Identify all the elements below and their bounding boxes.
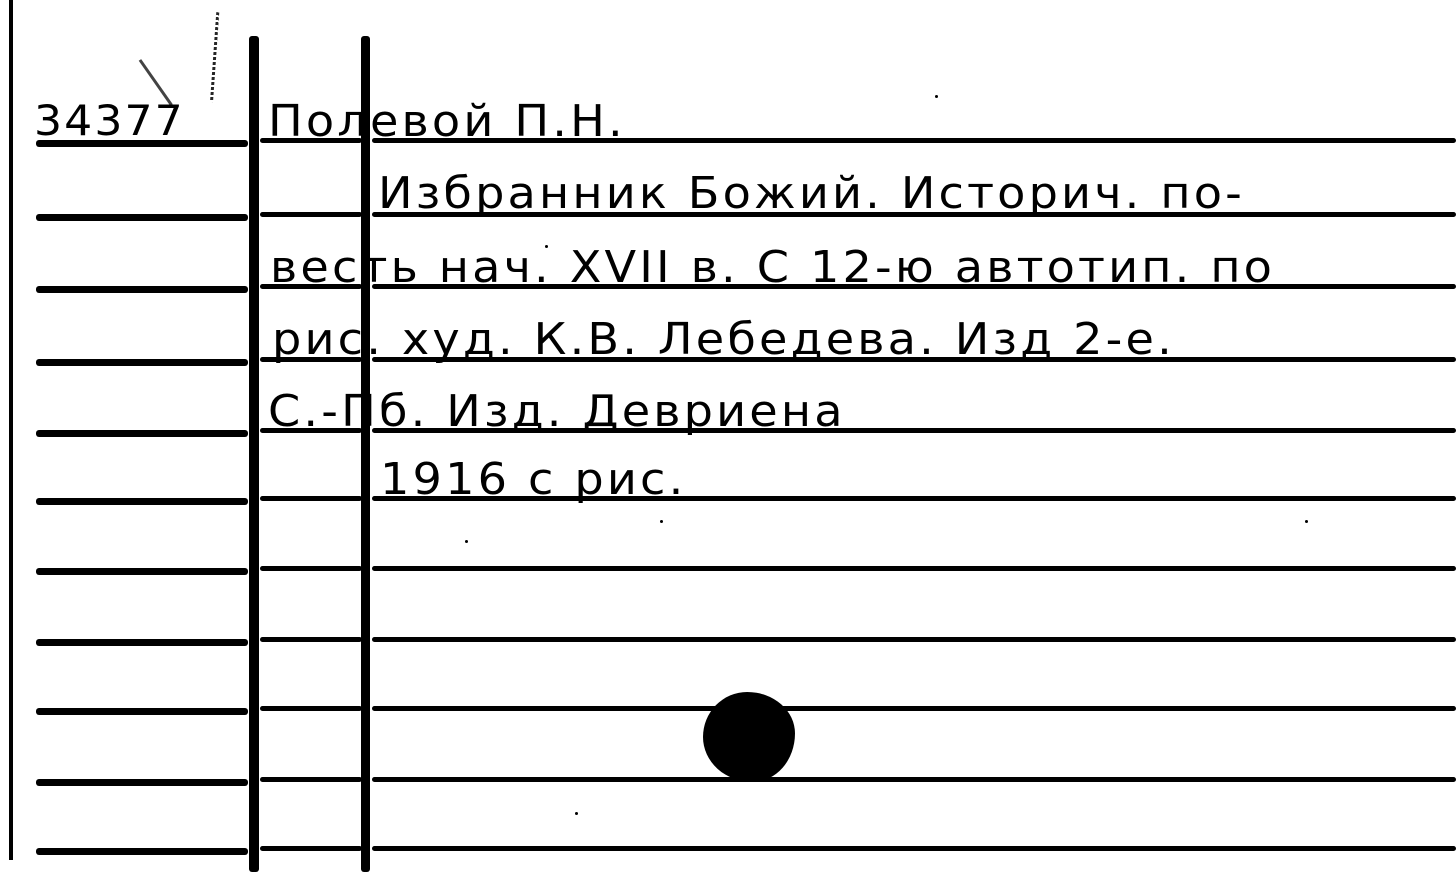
scan-speck: [575, 812, 578, 815]
ruled-line: [372, 777, 1456, 782]
ruled-line: [36, 848, 248, 855]
catalog-card: 34377 Полевой П.Н. Избранник Божий. Исто…: [0, 0, 1456, 880]
ruled-line: [372, 566, 1456, 571]
ruled-line: [372, 846, 1456, 851]
ruled-line: [36, 498, 248, 505]
punch-hole: [703, 692, 795, 782]
column-divider-2: [361, 36, 370, 872]
ruled-line: [260, 846, 362, 851]
ruled-line: [36, 708, 248, 715]
card-line-year: 1916 с рис.: [380, 458, 686, 502]
ruled-line: [260, 706, 362, 711]
ruled-line: [260, 212, 362, 217]
inventory-number: 34377: [34, 100, 185, 142]
card-line-description: весть нач. XVII в. С 12-ю автотип. по: [270, 246, 1275, 290]
scan-speck: [1305, 520, 1308, 523]
ruled-line: [36, 639, 248, 646]
pencil-stroke-icon: [210, 12, 219, 102]
ruled-line: [36, 779, 248, 786]
ruled-line: [260, 637, 362, 642]
scan-speck: [545, 245, 548, 248]
ruled-line: [36, 430, 248, 437]
card-line-author: Полевой П.Н.: [268, 100, 626, 144]
ruled-line: [372, 637, 1456, 642]
card-line-title: Избранник Божий. Историч. по-: [378, 172, 1245, 216]
ruled-line: [372, 706, 1456, 711]
ruled-line: [36, 214, 248, 221]
ruled-line: [260, 777, 362, 782]
scan-speck: [660, 520, 663, 523]
card-left-edge: [9, 0, 13, 860]
ruled-line: [260, 496, 362, 501]
card-line-imprint: С.-Пб. Изд. Девриена: [268, 390, 846, 434]
scan-speck: [935, 95, 938, 98]
scan-speck: [465, 540, 468, 543]
card-line-illustrator: рис. худ. К.В. Лебедева. Изд 2-е.: [272, 318, 1175, 362]
ruled-line: [36, 286, 248, 293]
ruled-line: [36, 568, 248, 575]
ruled-line: [260, 566, 362, 571]
ruled-line: [36, 359, 248, 366]
column-divider-1: [249, 36, 259, 872]
